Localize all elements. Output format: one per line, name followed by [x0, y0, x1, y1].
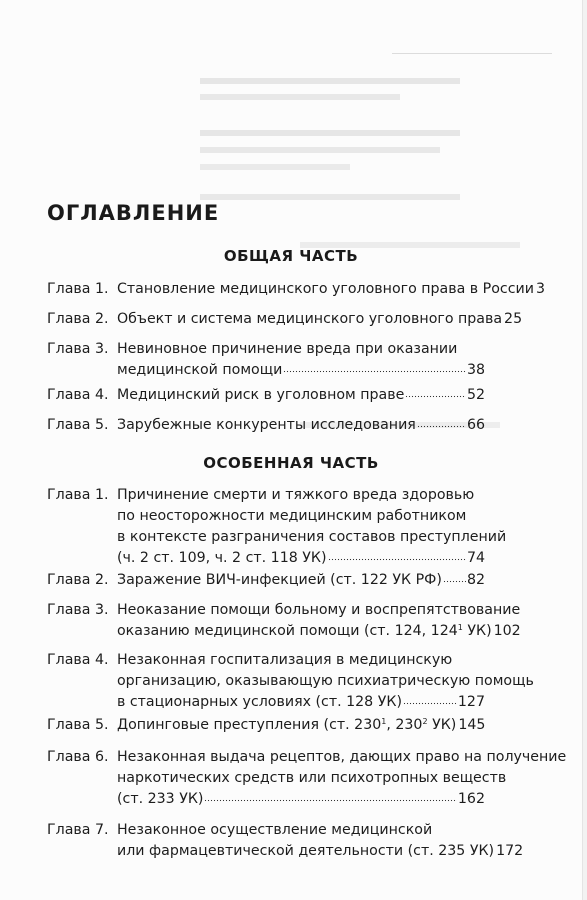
dot-leader: [405, 385, 466, 399]
page-edge: [583, 0, 587, 900]
chapter-title-line: Причинение смерти и тяжкого вреда здоров…: [117, 485, 485, 506]
chapter-title-line: в стационарных условиях (ст. 128 УК): [117, 692, 402, 713]
chapter-label: Глава 3.: [47, 339, 117, 360]
chapter-label: Глава 7.: [47, 820, 117, 841]
dot-leader: [328, 548, 466, 562]
page-number[interactable]: 102: [494, 621, 521, 642]
chapter-title: Незаконная госпитализация в медицинскуюо…: [117, 650, 485, 713]
dot-leader: [443, 570, 466, 584]
chapter-title-line: Медицинский риск в уголовном праве: [117, 385, 404, 406]
chapter-title: Допинговые преступления (ст. 2301, 2302 …: [117, 715, 485, 736]
chapter-title-line: Невиновное причинение вреда при оказании: [117, 339, 485, 360]
page-number[interactable]: 172: [496, 841, 523, 862]
chapter-title-line: организацию, оказывающую психиатрическую…: [117, 671, 485, 692]
book-page: ОГЛАВЛЕНИЕ ОБЩАЯ ЧАСТЬГлава 1.Становлени…: [0, 0, 583, 900]
chapter-title-line: Незаконная госпитализация в медицинскую: [117, 650, 485, 671]
chapter-title: Неоказание помощи больному и воспрепятст…: [117, 600, 485, 642]
chapter-label: Глава 1.: [47, 279, 117, 300]
chapter-title-line: оказанию медицинской помощи (ст. 124, 12…: [117, 621, 492, 642]
chapter-title: Незаконная выдача рецептов, дающих право…: [117, 747, 485, 810]
chapter-title: Причинение смерти и тяжкого вреда здоров…: [117, 485, 485, 569]
chapter-title: Невиновное причинение вреда при оказании…: [117, 339, 485, 381]
section-title: ОБЩАЯ ЧАСТЬ: [0, 247, 582, 265]
dot-leader: [417, 415, 466, 429]
chapter-title: Становление медицинского уголовного прав…: [117, 279, 485, 300]
chapter-label: Глава 2.: [47, 570, 117, 591]
page-number[interactable]: 82: [467, 570, 485, 591]
chapter-title-line: или фармацевтической деятельности (ст. 2…: [117, 841, 494, 862]
section-title: ОСОБЕННАЯ ЧАСТЬ: [0, 454, 582, 472]
chapter-title: Объект и система медицинского уголовного…: [117, 309, 485, 330]
page-number[interactable]: 38: [467, 360, 485, 381]
dot-leader: [283, 360, 466, 374]
page-number[interactable]: 127: [458, 692, 485, 713]
chapter-title-line: Заражение ВИЧ-инфекцией (ст. 122 УК РФ): [117, 570, 442, 591]
chapter-title-line: Объект и система медицинского уголовного…: [117, 309, 502, 330]
page-number[interactable]: 25: [504, 309, 522, 330]
chapter-label: Глава 1.: [47, 485, 117, 506]
chapter-title: Незаконное осуществление медицинскойили …: [117, 820, 485, 862]
chapter-title-line: Неоказание помощи больному и воспрепятст…: [117, 600, 485, 621]
chapter-title-line: в контексте разграничения составов прест…: [117, 527, 485, 548]
chapter-label: Глава 2.: [47, 309, 117, 330]
page-number[interactable]: 52: [467, 385, 485, 406]
chapter-title-line: по неосторожности медицинским работником: [117, 506, 485, 527]
chapter-title: Зарубежные конкуренты исследования66: [117, 415, 485, 436]
chapter-label: Глава 5.: [47, 415, 117, 436]
dot-leader: [204, 789, 456, 803]
page-number[interactable]: 3: [536, 279, 545, 300]
chapter-title-line: (ст. 233 УК): [117, 789, 203, 810]
chapter-title: Медицинский риск в уголовном праве52: [117, 385, 485, 406]
chapter-title-line: Допинговые преступления (ст. 2301, 2302 …: [117, 715, 456, 736]
chapter-title: Заражение ВИЧ-инфекцией (ст. 122 УК РФ)8…: [117, 570, 485, 591]
chapter-title-line: Незаконная выдача рецептов, дающих право…: [117, 747, 485, 768]
page-number[interactable]: 66: [467, 415, 485, 436]
chapter-label: Глава 6.: [47, 747, 117, 768]
chapter-label: Глава 4.: [47, 385, 117, 406]
page-number[interactable]: 74: [467, 548, 485, 569]
chapter-title-line: Незаконное осуществление медицинской: [117, 820, 485, 841]
bleed-header-rule: [392, 51, 552, 54]
chapter-label: Глава 3.: [47, 600, 117, 621]
chapter-title-line: (ч. 2 ст. 109, ч. 2 ст. 118 УК): [117, 548, 327, 569]
page-number[interactable]: 145: [458, 715, 485, 736]
dot-leader: [403, 692, 457, 706]
page-number[interactable]: 162: [458, 789, 485, 810]
chapter-label: Глава 4.: [47, 650, 117, 671]
chapter-title-line: медицинской помощи: [117, 360, 282, 381]
chapter-label: Глава 5.: [47, 715, 117, 736]
chapter-title-line: наркотических средств или психотропных в…: [117, 768, 485, 789]
toc-title: ОГЛАВЛЕНИЕ: [47, 201, 219, 225]
chapter-title-line: Зарубежные конкуренты исследования: [117, 415, 416, 436]
chapter-title-line: Становление медицинского уголовного прав…: [117, 279, 534, 300]
